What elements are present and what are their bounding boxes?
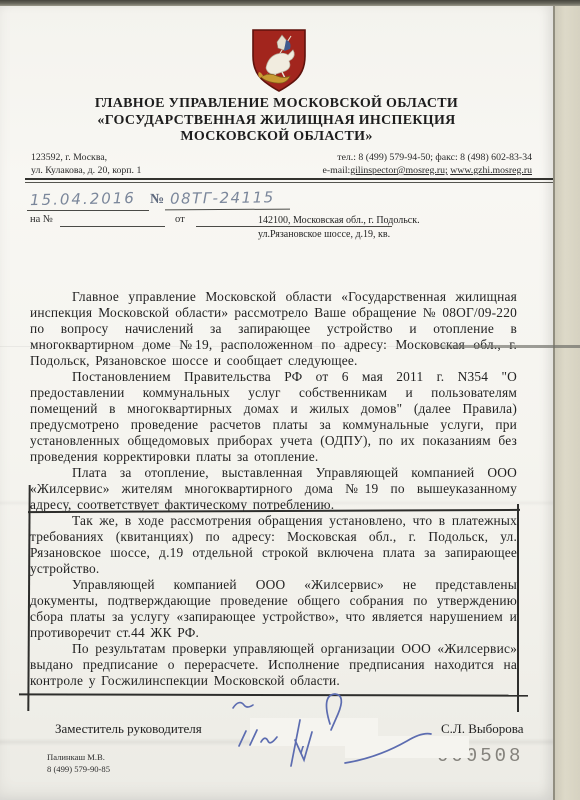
body-paragraph: По результатам проверки управляющей орга… [30, 641, 517, 689]
ref-number-handwritten: 08ТГ-24115 [170, 188, 275, 207]
email-prefix: e-mail: [323, 165, 351, 176]
signature-ink [205, 688, 485, 778]
body-paragraphs-free: Главное управление Московской области «Г… [30, 289, 517, 513]
org-contacts: тел.: 8 (499) 579-94-50; факс: 8 (498) 6… [230, 151, 532, 177]
scanner-background [555, 6, 580, 800]
document-scan: ГЛАВНОЕ УПРАВЛЕНИЕ МОСКОВСКОЙ ОБЛАСТИ «Г… [0, 0, 580, 800]
org-name: ГЛАВНОЕ УПРАВЛЕНИЕ МОСКОВСКОЙ ОБЛАСТИ «Г… [20, 96, 533, 146]
org-phone-fax: тел.: 8 (499) 579-94-50; факс: 8 (498) 6… [230, 151, 532, 164]
recipient-line2: ул.Рязановское шоссе, д.19, кв. [258, 228, 498, 242]
body-paragraphs-boxed: Так же, в ходе рассмотрения обращения ус… [30, 513, 517, 689]
recipient-address: 142100, Московская обл., г. Подольск. ул… [258, 214, 498, 241]
org-name-line2: «ГОСУДАРСТВЕННАЯ ЖИЛИЩНАЯ ИНСПЕКЦИЯ [20, 113, 533, 130]
org-web-contacts: e-mail:gilinspector@mosreg.ru; www.gzhi.… [230, 164, 532, 177]
coat-of-arms-icon [250, 28, 308, 92]
org-name-line3: МОСКОВСКОЙ ОБЛАСТИ» [20, 129, 533, 146]
pen-box-right-line [517, 504, 519, 712]
website-link: www.gzhi.mosreg.ru [450, 165, 532, 176]
letterhead-rule-top [25, 178, 553, 180]
ref-date-handwritten: 15.04.2016 [30, 189, 136, 209]
org-name-line1: ГЛАВНОЕ УПРАВЛЕНИЕ МОСКОВСКОЙ ОБЛАСТИ [20, 96, 533, 113]
email-link: gilinspector@mosreg.ru; [350, 165, 447, 176]
pen-annotation-box: Так же, в ходе рассмотрения обращения ус… [30, 513, 517, 689]
body-paragraph: Постановлением Правительства РФ от 6 мая… [30, 369, 517, 465]
org-address-line2: ул. Кулакова, д. 20, корп. 1 [31, 164, 251, 177]
letterhead-rule-bottom [25, 182, 553, 183]
ref-number-sign: № [150, 192, 164, 208]
body-paragraph: Плата за отопление, выставленная Управля… [30, 465, 517, 513]
recipient-line1: 142100, Московская обл., г. Подольск. [258, 214, 498, 228]
ref-date-underline [27, 210, 149, 211]
reply-ot-label: от [175, 214, 185, 225]
executor-phone: 8 (499) 579-90-85 [47, 764, 110, 776]
org-address-line1: 123592, г. Москва, [31, 151, 251, 164]
body-paragraph: Так же, в ходе рассмотрения обращения ус… [30, 513, 517, 577]
org-postal-address: 123592, г. Москва, ул. Кулакова, д. 20, … [31, 151, 251, 177]
executor-block: Палинкаш М.В. 8 (499) 579-90-85 [47, 752, 110, 775]
executor-name: Палинкаш М.В. [47, 752, 110, 764]
signature-position-title: Заместитель руководителя [55, 721, 202, 737]
body-paragraph: Главное управление Московской области «Г… [30, 289, 517, 369]
whiteout-patch [345, 736, 469, 758]
reply-na-underline [60, 226, 165, 227]
fold-crease [420, 345, 580, 348]
reply-na-label: на № [30, 214, 53, 225]
body-paragraph: Управляющей компанией ООО «Жилсервис» не… [30, 577, 517, 641]
scan-top-edge [0, 0, 580, 6]
body-text: Главное управление Московской области «Г… [30, 289, 517, 689]
